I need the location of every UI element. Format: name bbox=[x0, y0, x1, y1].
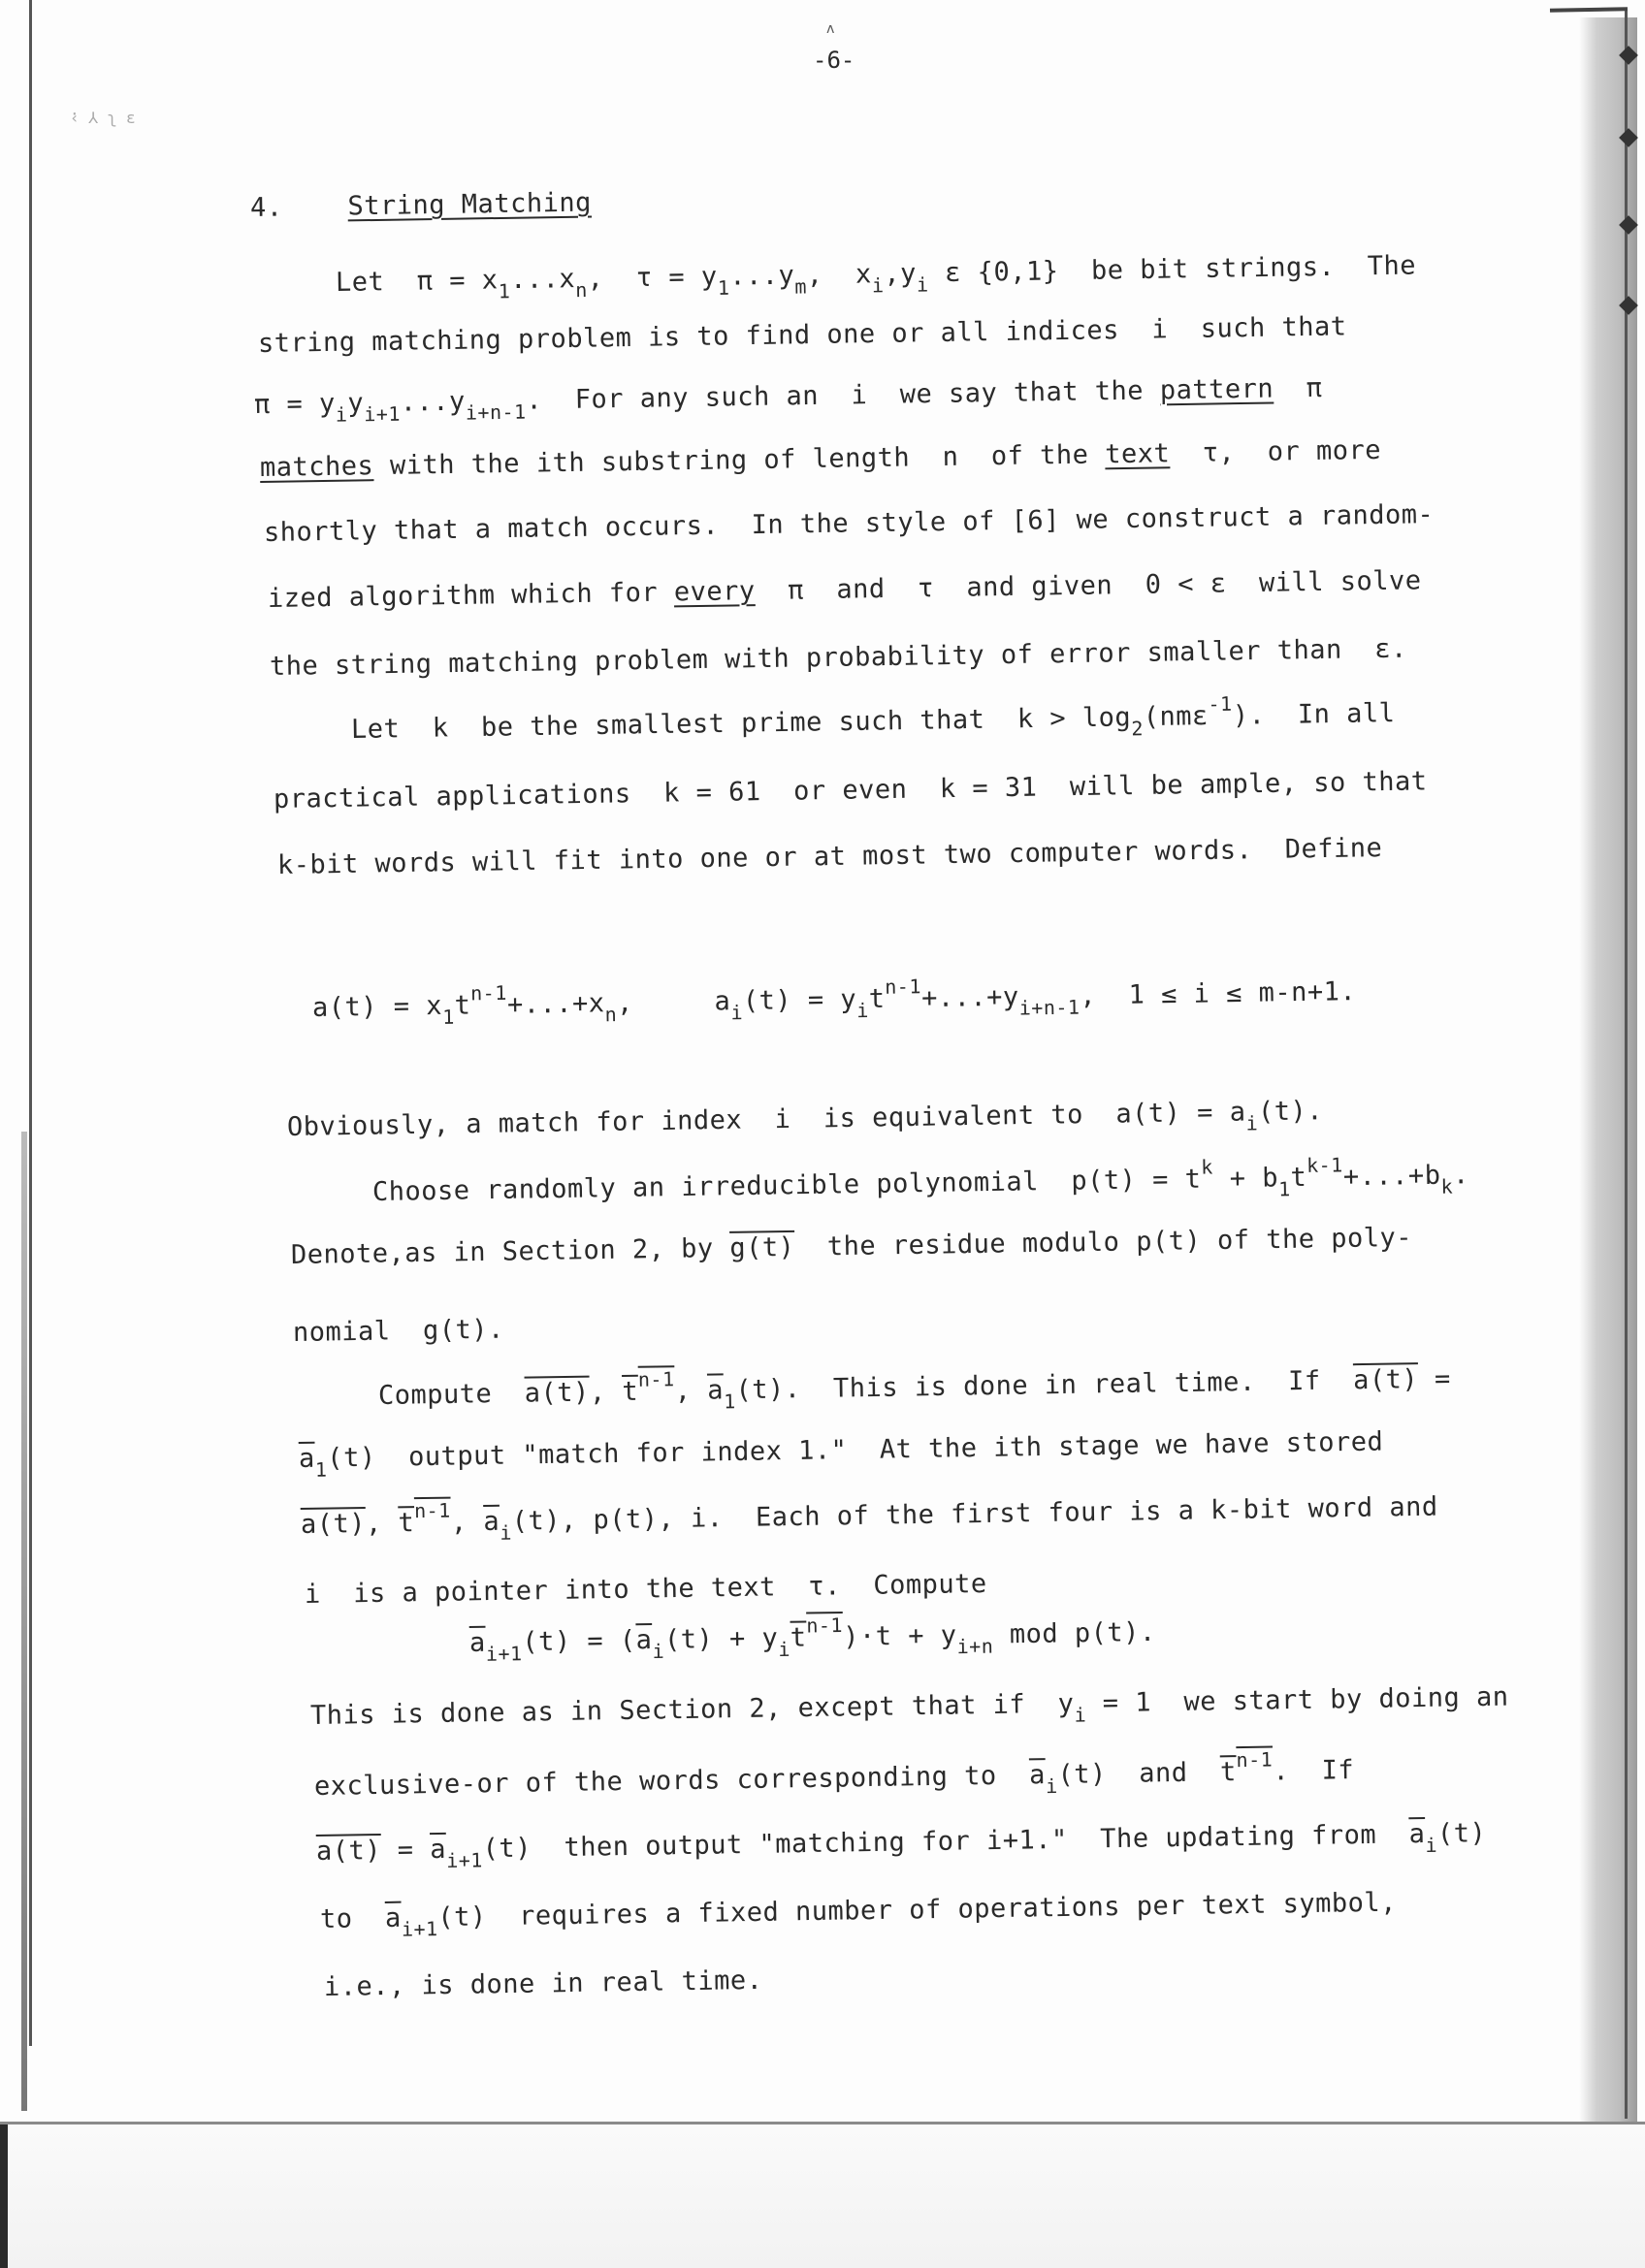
text-fragment: -1 bbox=[1208, 692, 1232, 716]
text-fragment: = bbox=[381, 1835, 431, 1866]
section-number: 4. bbox=[250, 192, 283, 223]
text-fragment: ized algorithm which for bbox=[268, 577, 674, 614]
t-power-residue: tn-1 bbox=[790, 1622, 844, 1653]
scanner-bed-strip bbox=[0, 2122, 1645, 2268]
text-fragment: 2 bbox=[1131, 717, 1144, 740]
text-fragment: +...+y bbox=[921, 982, 1019, 1014]
text-fragment: , τ = y bbox=[587, 262, 718, 294]
text-fragment: (t) + y bbox=[664, 1623, 779, 1655]
text-fragment: π and τ and given 0 < ε will solve bbox=[755, 565, 1421, 606]
text-fragment: (t) bbox=[1437, 1818, 1487, 1849]
text-fragment: (t). bbox=[1258, 1096, 1324, 1127]
left-margin-shadow bbox=[21, 1132, 27, 2111]
p4-line4: i is a pointer into the text τ. Compute bbox=[305, 1570, 987, 1610]
text-fragment: (t) = ( bbox=[522, 1625, 636, 1657]
p2-line1: Let k be the smallest prime such that k … bbox=[351, 699, 1396, 745]
scan-speck: ‹ ⅄ ʅ ɛ bbox=[70, 109, 136, 127]
text-fragment: (t) output "match for index 1." At the i… bbox=[327, 1426, 1383, 1473]
text-fragment: k bbox=[1201, 1155, 1213, 1178]
p1-line1: Let π = x1...xn, τ = y1...ym, xi,yi ε {0… bbox=[336, 252, 1417, 298]
text-fragment: ε {0,1} be bit strings. The bbox=[928, 251, 1416, 289]
text-fragment: a bbox=[1408, 1819, 1425, 1849]
binding-top-edge bbox=[1550, 7, 1628, 12]
text-fragment: π bbox=[1274, 373, 1323, 404]
text-fragment: , 1 ≤ i ≤ m-n+1. bbox=[1080, 976, 1356, 1010]
text-fragment: ). In all bbox=[1233, 698, 1396, 731]
text-fragment: m bbox=[794, 274, 807, 298]
section-title: String Matching bbox=[347, 187, 592, 221]
text-fragment: Choose randomly an irreducible polynomia… bbox=[372, 1165, 1202, 1207]
text-fragment: i bbox=[652, 1640, 664, 1663]
text-fragment: i+1 bbox=[486, 1642, 523, 1666]
term-text: text bbox=[1105, 438, 1171, 469]
text-fragment: n-1 bbox=[1236, 1747, 1273, 1772]
p1-line7: the string matching problem with probabi… bbox=[270, 635, 1407, 682]
p5-line5: i.e., is done in real time. bbox=[324, 1966, 763, 2002]
text-fragment: i bbox=[1046, 1774, 1058, 1798]
binding-edge bbox=[1579, 17, 1637, 2122]
p3-line2: Choose randomly an irreducible polynomia… bbox=[372, 1161, 1469, 1207]
text-fragment: n-1 bbox=[414, 1499, 451, 1523]
p3-line1: Obviously, a match for index i is equiva… bbox=[287, 1097, 1323, 1142]
text-fragment: i+1 bbox=[364, 402, 401, 427]
text-fragment: i bbox=[500, 1521, 512, 1545]
text-fragment: 1 bbox=[442, 1006, 455, 1029]
formula-a-t: a(t) = x1tn-1+...+xn, ai(t) = yitn-1+...… bbox=[312, 977, 1357, 1023]
text-fragment: i bbox=[1245, 1111, 1258, 1134]
text-fragment: , bbox=[674, 1376, 707, 1407]
text-fragment: (t) requires a fixed number of operation… bbox=[437, 1888, 1397, 1933]
text-fragment: , bbox=[451, 1507, 484, 1538]
p1-line6: ized algorithm which for every π and τ a… bbox=[268, 566, 1422, 614]
text-fragment: = 1 we start by doing an bbox=[1086, 1682, 1509, 1719]
term-pattern: pattern bbox=[1160, 373, 1274, 405]
text-fragment: , bbox=[590, 1377, 623, 1408]
text-fragment: ...y bbox=[400, 387, 466, 418]
text-fragment: (nmε bbox=[1143, 701, 1209, 732]
text-fragment: +...+x bbox=[507, 988, 605, 1020]
formula-update: ai+1(t) = (ai(t) + yitn-1)·t + yi+n mod … bbox=[469, 1618, 1156, 1658]
text-fragment: i bbox=[730, 1001, 743, 1024]
text-fragment: i bbox=[856, 999, 869, 1022]
text-fragment: . bbox=[1453, 1160, 1469, 1190]
top-mark: ʌ bbox=[826, 21, 834, 37]
text-fragment: exclusive-or of the words corresponding … bbox=[314, 1760, 1030, 1802]
text-fragment: a bbox=[385, 1903, 402, 1933]
text-fragment: a(t) = x bbox=[312, 991, 443, 1023]
text-fragment: a bbox=[430, 1835, 446, 1865]
text-fragment: Denote,as in Section 2, by bbox=[291, 1233, 730, 1270]
p1-line3: π = yiyi+1...yi+n-1. For any such an i w… bbox=[254, 374, 1323, 420]
text-fragment: , x bbox=[807, 259, 873, 290]
text-fragment: a bbox=[469, 1628, 486, 1658]
text-fragment: i bbox=[336, 402, 348, 426]
text-fragment: τ, or more bbox=[1170, 435, 1381, 468]
text-fragment: n bbox=[604, 1003, 617, 1026]
binding-line bbox=[1625, 10, 1628, 2119]
section-heading: 4. String Matching bbox=[250, 188, 592, 223]
text-fragment: +...+b bbox=[1343, 1161, 1441, 1193]
p2-line2: practical applications k = 61 or even k … bbox=[274, 767, 1428, 815]
text-fragment: i+1 bbox=[446, 1848, 483, 1872]
text-fragment: the residue modulo p(t) of the poly- bbox=[794, 1223, 1412, 1262]
text-fragment: 1 bbox=[724, 1390, 736, 1413]
text-fragment: )·t + y bbox=[843, 1620, 957, 1652]
p5-line4: to ai+1(t) requires a fixed number of op… bbox=[320, 1889, 1397, 1934]
text-fragment: y bbox=[347, 388, 364, 418]
text-fragment: , a bbox=[617, 986, 731, 1018]
p5-line2: exclusive-or of the words corresponding … bbox=[314, 1756, 1355, 1802]
text-fragment: 1 bbox=[499, 279, 511, 303]
text-fragment: + b bbox=[1213, 1163, 1279, 1194]
text-fragment: (t), p(t), i. Each of the first four is … bbox=[511, 1492, 1437, 1537]
text-fragment: 1 bbox=[1278, 1177, 1291, 1200]
text-fragment: i bbox=[778, 1638, 790, 1661]
text-fragment: a(t) bbox=[316, 1836, 382, 1867]
page-number: -6- bbox=[813, 47, 855, 74]
text-fragment: mod p(t). bbox=[993, 1617, 1156, 1650]
text-fragment: Obviously, a match for index i is equiva… bbox=[287, 1097, 1246, 1142]
text-fragment: π = y bbox=[254, 389, 336, 420]
p3-line4: nomial g(t). bbox=[293, 1316, 504, 1348]
p5-line1: This is done as in Section 2, except tha… bbox=[310, 1683, 1509, 1731]
text-fragment: (t) then output "matching for i+1." The … bbox=[482, 1819, 1408, 1864]
text-fragment: a bbox=[1029, 1760, 1046, 1790]
text-fragment: ...y bbox=[729, 261, 795, 292]
scanner-edge bbox=[0, 2124, 8, 2268]
text-fragment: i bbox=[917, 272, 929, 296]
text-fragment: = bbox=[1418, 1364, 1451, 1395]
text-fragment: with the ith substring of length n of th… bbox=[373, 439, 1105, 481]
text-fragment: i bbox=[872, 273, 885, 297]
text-fragment: i+n-1 bbox=[1019, 996, 1081, 1020]
text-fragment: a bbox=[707, 1375, 724, 1405]
p2-line3: k-bit words will fit into one or at most… bbox=[277, 834, 1383, 880]
text-fragment: n-1 bbox=[885, 974, 921, 999]
text-fragment: t bbox=[454, 990, 470, 1020]
text-fragment: g(t) bbox=[729, 1232, 795, 1263]
text-fragment: (t) and bbox=[1057, 1757, 1220, 1790]
text-fragment: n-1 bbox=[806, 1613, 843, 1638]
text-fragment: i+n-1 bbox=[466, 400, 527, 425]
text-fragment: This is done as in Section 2, except tha… bbox=[310, 1689, 1075, 1731]
text-fragment: Let π = x bbox=[336, 265, 499, 298]
text-fragment: (t). This is done in real time. If bbox=[735, 1365, 1353, 1405]
t-power-residue: tn-1 bbox=[622, 1376, 675, 1407]
p5-line3: a(t) = ai+1(t) then output "matching for… bbox=[316, 1819, 1487, 1867]
p3-line3: Denote,as in Section 2, by g(t) the resi… bbox=[291, 1224, 1412, 1270]
p1-line5: shortly that a match occurs. In the styl… bbox=[264, 500, 1435, 548]
text-fragment: i+1 bbox=[402, 1917, 438, 1941]
text-fragment: t bbox=[1290, 1163, 1306, 1193]
text-fragment: i+n bbox=[956, 1635, 993, 1659]
term-every: every bbox=[674, 576, 756, 607]
text-fragment: ,y bbox=[884, 259, 917, 290]
text-fragment: 1 bbox=[718, 276, 730, 300]
text-fragment: a(t) bbox=[525, 1378, 591, 1409]
t-power-residue: tn-1 bbox=[398, 1508, 451, 1539]
p1-line4: matches with the ith substring of length… bbox=[260, 436, 1381, 483]
scanned-page: · ‹ ⅄ ʅ ɛ ʌ -6- 4. String Matching Let π… bbox=[0, 0, 1645, 2124]
t-power-residue: tn-1 bbox=[1220, 1756, 1274, 1787]
text-fragment: n-1 bbox=[470, 981, 507, 1006]
p1-line2: string matching problem is to find one o… bbox=[258, 312, 1347, 359]
text-fragment: Let k be the smallest prime such that k … bbox=[351, 702, 1132, 745]
p4-line3: a(t), tn-1, ai(t), p(t), i. Each of the … bbox=[301, 1493, 1438, 1540]
text-fragment: a(t) bbox=[1353, 1364, 1419, 1395]
text-fragment: a(t) bbox=[301, 1509, 367, 1540]
p4-line1: Compute a(t), tn-1, a1(t). This is done … bbox=[378, 1365, 1451, 1411]
text-fragment: k-1 bbox=[1306, 1153, 1343, 1177]
text-fragment: , bbox=[366, 1508, 399, 1539]
term-matches: matches bbox=[260, 451, 374, 483]
text-fragment: n-1 bbox=[638, 1367, 675, 1391]
text-fragment: Compute bbox=[378, 1379, 525, 1411]
text-fragment: to bbox=[320, 1903, 386, 1934]
text-fragment: a bbox=[299, 1444, 315, 1474]
text-fragment: i bbox=[1074, 1703, 1086, 1726]
p4-line2: a1(t) output "match for index 1." At the… bbox=[299, 1427, 1384, 1474]
text-fragment: a bbox=[635, 1625, 652, 1655]
text-fragment: t bbox=[868, 984, 885, 1014]
text-fragment: ...x bbox=[510, 264, 576, 295]
text-fragment: . For any such an i we say that the bbox=[526, 375, 1160, 415]
text-fragment: . If bbox=[1273, 1755, 1354, 1786]
text-fragment: a bbox=[483, 1507, 500, 1537]
text-fragment: n bbox=[575, 278, 588, 302]
text-fragment: i bbox=[1425, 1834, 1437, 1857]
text-fragment: k bbox=[1440, 1175, 1453, 1198]
left-margin-rule bbox=[29, 0, 32, 2046]
text-fragment: 1 bbox=[315, 1458, 328, 1482]
text-fragment: (t) = y bbox=[743, 984, 857, 1016]
